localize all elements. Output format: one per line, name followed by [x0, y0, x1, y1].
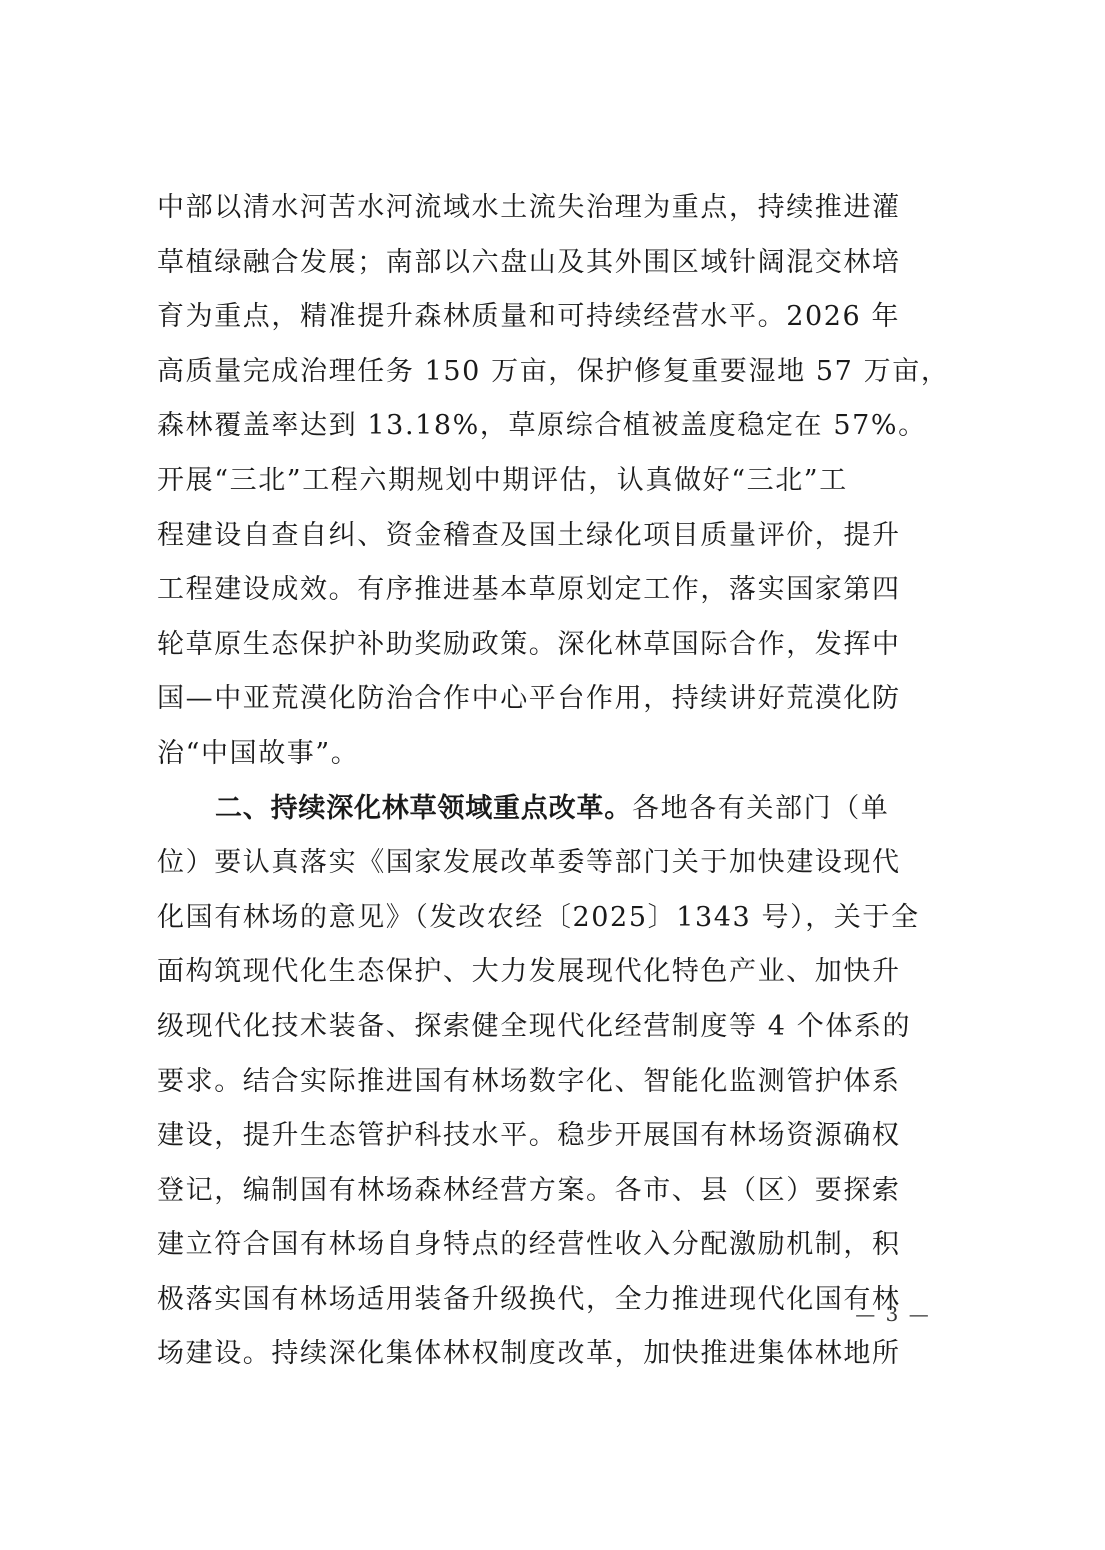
paragraph-line: 开展“三北”工程六期规划中期评估，认真做好“三北”工 — [157, 461, 957, 516]
paragraph-line: 建设，提升生态管护科技水平。稳步开展国有林场资源确权 — [157, 1116, 957, 1171]
section-heading-line: 二、持续深化林草领域重点改革。各地各有关部门（单 — [157, 789, 957, 844]
paragraph-line: 治“中国故事”。 — [157, 734, 957, 789]
paragraph-line: 场建设。持续深化集体林权制度改革，加快推进集体林地所 — [157, 1334, 957, 1389]
section-heading: 二、持续深化林草领域重点改革。 — [215, 793, 632, 824]
paragraph-line: 森林覆盖率达到 13.18%，草原综合植被盖度稳定在 57%。 — [157, 406, 957, 461]
paragraph-line: 级现代化技术装备、探索健全现代化经营制度等 4 个体系的 — [157, 1007, 957, 1062]
paragraph-line: 建立符合国有林场自身特点的经营性收入分配激励机制，积 — [157, 1225, 957, 1280]
paragraph-line: 育为重点，精准提升森林质量和可持续经营水平。2026 年 — [157, 297, 957, 352]
page-number: — 3 — — [838, 1302, 948, 1326]
paragraph-line: 要求。结合实际推进国有林场数字化、智能化监测管护体系 — [157, 1062, 957, 1117]
body-text: 中部以清水河苦水河流域水土流失治理为重点，持续推进灌 草植绿融合发展；南部以六盘… — [157, 188, 957, 1389]
paragraph-line: 高质量完成治理任务 150 万亩，保护修复重要湿地 57 万亩， — [157, 352, 957, 407]
paragraph-line: 中部以清水河苦水河流域水土流失治理为重点，持续推进灌 — [157, 188, 957, 243]
paragraph-line: 登记，编制国有林场森林经营方案。各市、县（区）要探索 — [157, 1171, 957, 1226]
paragraph-line: 工程建设成效。有序推进基本草原划定工作，落实国家第四 — [157, 570, 957, 625]
paragraph-text: 各地各有关部门（单 — [632, 793, 889, 824]
paragraph-line: 轮草原生态保护补助奖励政策。深化林草国际合作，发挥中 — [157, 625, 957, 680]
paragraph-line: 位）要认真落实《国家发展改革委等部门关于加快建设现代 — [157, 843, 957, 898]
paragraph-line: 化国有林场的意见》（发改农经〔2025〕1343 号），关于全 — [157, 898, 957, 953]
paragraph-line: 国—中亚荒漠化防治合作中心平台作用，持续讲好荒漠化防 — [157, 679, 957, 734]
paragraph-line: 极落实国有林场适用装备升级换代，全力推进现代化国有林 — [157, 1280, 957, 1335]
document-page: 中部以清水河苦水河流域水土流失治理为重点，持续推进灌 草植绿融合发展；南部以六盘… — [0, 0, 1105, 1550]
paragraph-line: 程建设自查自纠、资金稽查及国土绿化项目质量评价，提升 — [157, 516, 957, 571]
paragraph-line: 草植绿融合发展；南部以六盘山及其外围区域针阔混交林培 — [157, 243, 957, 298]
paragraph-line: 面构筑现代化生态保护、大力发展现代化特色产业、加快升 — [157, 952, 957, 1007]
